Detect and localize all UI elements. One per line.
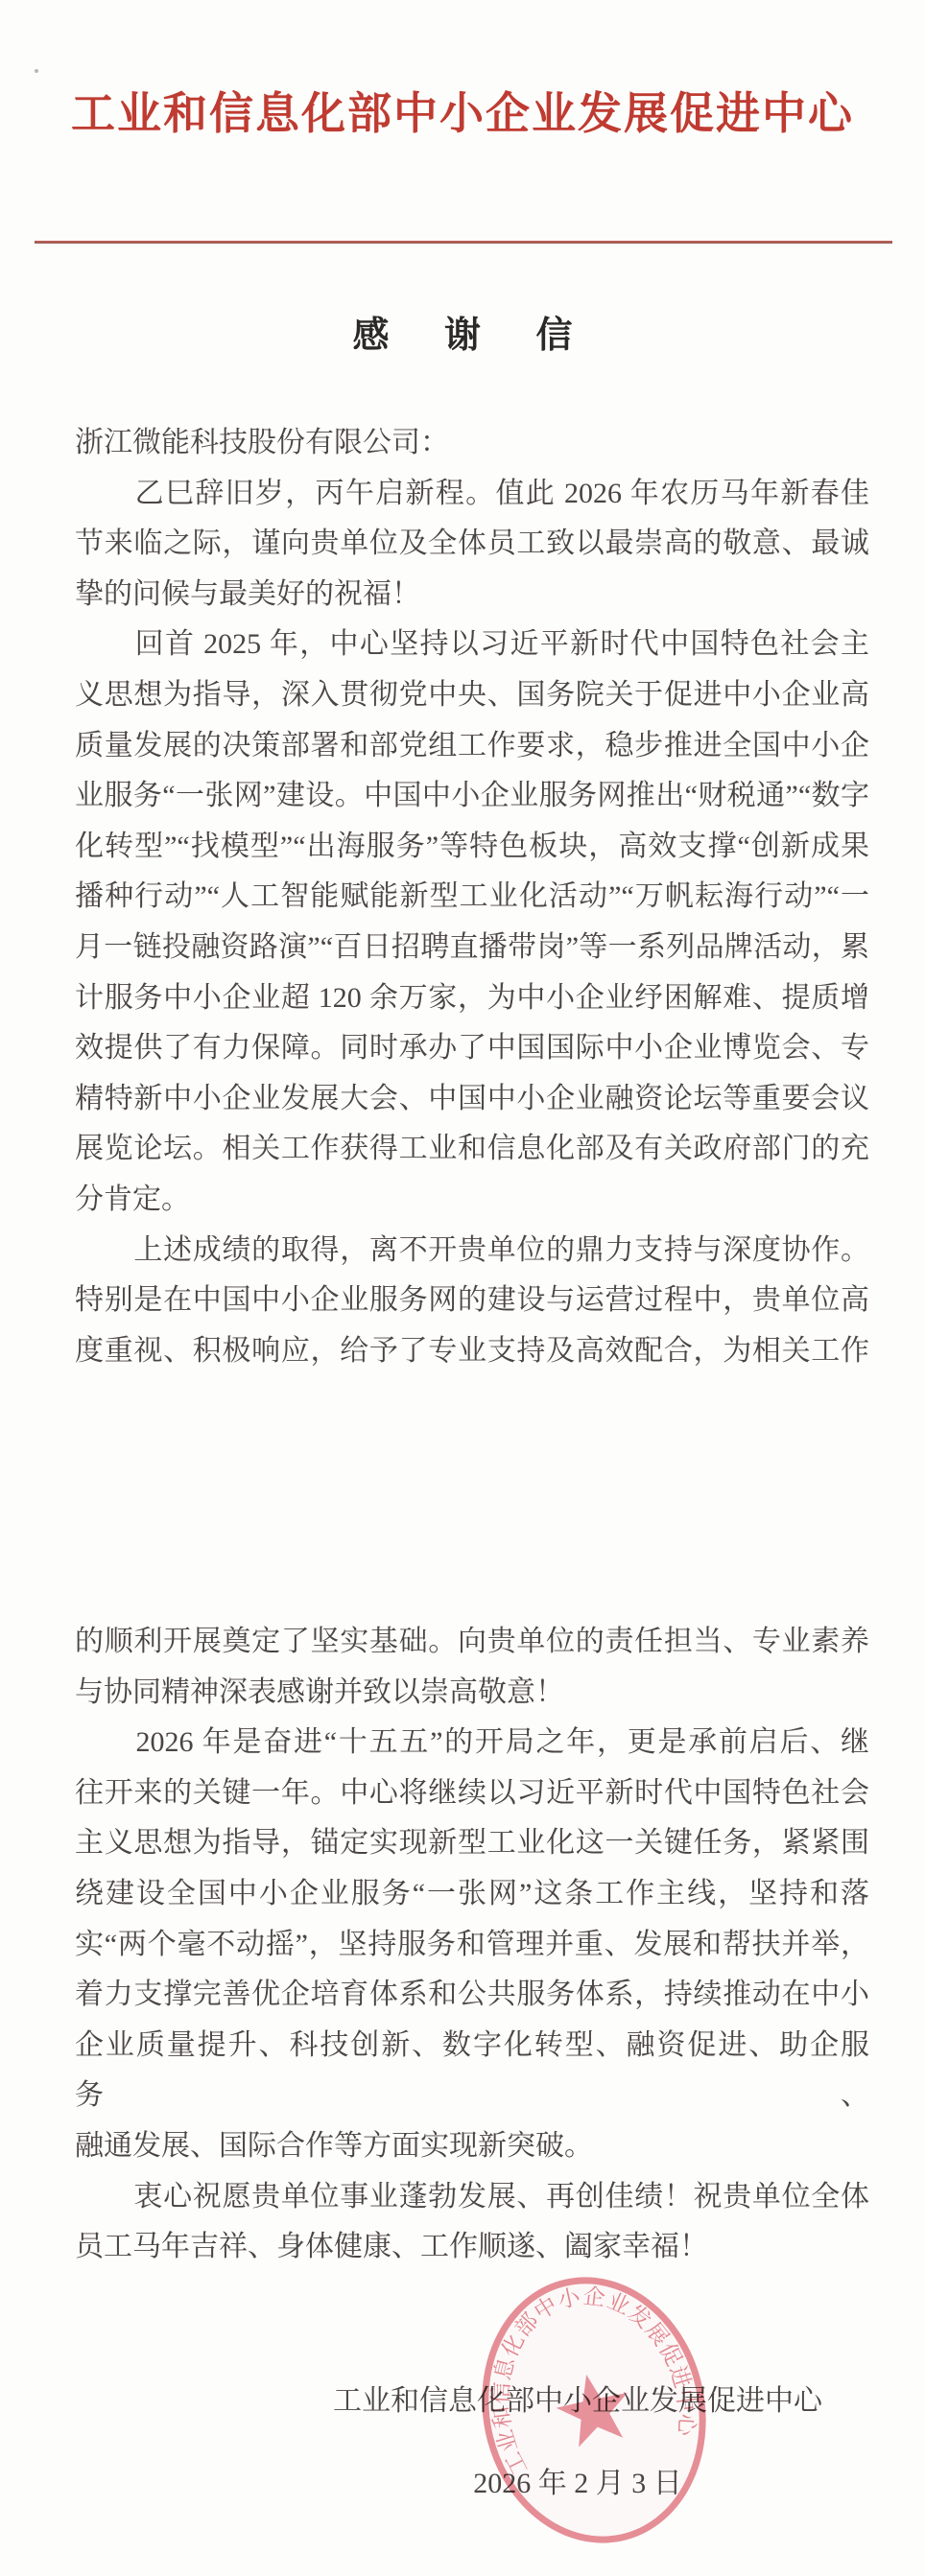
scan-speck (35, 69, 38, 73)
letter-page: 工业和信息化部中小企业发展促进中心 感 谢 信 浙江微能科技股份有限公司： 乙巳… (0, 0, 925, 2576)
stamp-ring-text: 工业和信息化部中小企业发展促进中心 (466, 2265, 706, 2481)
body-line: 企业质量提升、科技创新、数字化转型、融资促进、助企服务、 (75, 2021, 869, 2121)
body-line: 播种行动”“人工智能赋能新型工业化活动”“万帆耘海行动”“一 (75, 872, 869, 923)
body-line: 2026 年是奋进“十五五”的开局之年，更是承前启后、继 (75, 1718, 869, 1768)
body-line: 展览论坛。相关工作获得工业和信息化部及有关政府部门的充 (75, 1124, 869, 1175)
body-line: 与协同精神深表感谢并致以崇高敬意！ (75, 1668, 869, 1719)
body-line: 分肯定。 (75, 1175, 869, 1226)
body-line: 乙巳辞旧岁，丙午启新程。值此 2026 年农历马年新春佳 (75, 469, 869, 520)
body-line: 度重视、积极响应，给予了专业支持及高效配合，为相关工作 (75, 1326, 869, 1377)
body-line: 挚的问候与最美好的祝福！ (75, 570, 869, 621)
body-line: 实“两个毫不动摇”，坚持服务和管理并重、发展和帮扶并举， (75, 1920, 869, 1971)
body-line: 化转型”“找模型”“出海服务”等特色板块，高效支撑“创新成果 (75, 822, 869, 873)
body-line: 义思想为指导，深入贯彻党中央、国务院关于促进中小企业高 (75, 670, 869, 721)
body-line: 员工马年吉祥、身体健康、工作顺遂、阖家幸福！ (75, 2222, 869, 2273)
body-line: 回首 2025 年，中心坚持以习近平新时代中国特色社会主 (75, 620, 869, 670)
body-line: 计服务中小企业超 120 余万家，为中小企业纾困解难、提质增 (75, 973, 869, 1024)
signature-date: 2026 年 2 月 3 日 (115, 2459, 925, 2501)
body-line: 上述成绩的取得，离不开贵单位的鼎力支持与深度协作。 (75, 1226, 869, 1276)
letter-title: 感 谢 信 (0, 305, 925, 358)
body-line: 绕建设全国中小企业服务“一张网”这条工作主线，坚持和落 (75, 1869, 869, 1920)
body-line: 效提供了有力保障。同时承办了中国国际中小企业博览会、专 (75, 1023, 869, 1074)
body-line: 往开来的关键一年。中心将继续以习近平新时代中国特色社会 (75, 1768, 869, 1819)
body-page2: 的顺利开展奠定了坚实基础。向贵单位的责任担当、专业素养与协同精神深表感谢并致以崇… (75, 1617, 869, 2273)
body-line: 特别是在中国中小企业服务网的建设与运营过程中，贵单位高 (75, 1276, 869, 1326)
signature-org: 工业和信息化部中小企业发展促进中心 (115, 2377, 925, 2419)
body-line: 衷心祝愿贵单位事业蓬勃发展、再创佳绩！祝贵单位全体 (75, 2172, 869, 2223)
body-line: 月一链投融资路演”“百日招聘直播带岗”等一系列品牌活动，累 (75, 923, 869, 973)
body-line: 节来临之际，谨向贵单位及全体员工致以最崇高的敬意、最诚 (75, 519, 869, 570)
body-line: 浙江微能科技股份有限公司： (75, 418, 869, 469)
body-page1: 浙江微能科技股份有限公司： 乙巳辞旧岁，丙午启新程。值此 2026 年农历马年新… (75, 418, 869, 1376)
body-line: 业服务“一张网”建设。中国中小企业服务网推出“财税通”“数字 (75, 771, 869, 822)
letterhead-title: 工业和信息化部中小企业发展促进中心 (0, 79, 925, 142)
body-line: 的顺利开展奠定了坚实基础。向贵单位的责任担当、专业素养 (75, 1617, 869, 1668)
svg-text:工业和信息化部中小企业发展促进中心: 工业和信息化部中小企业发展促进中心 (466, 2265, 706, 2481)
body-line: 精特新中小企业发展大会、中国中小企业融资论坛等重要会议 (75, 1074, 869, 1125)
body-line: 主义思想为指导，锚定实现新型工业化这一关键任务，紧紧围 (75, 1818, 869, 1869)
body-line: 质量发展的决策部署和部党组工作要求，稳步推进全国中小企 (75, 721, 869, 772)
body-line: 着力支撑完善优企培育体系和公共服务体系，持续推动在中小 (75, 1970, 869, 2021)
header-rule (35, 241, 892, 244)
body-line: 融通发展、国际合作等方面实现新突破。 (75, 2121, 869, 2172)
